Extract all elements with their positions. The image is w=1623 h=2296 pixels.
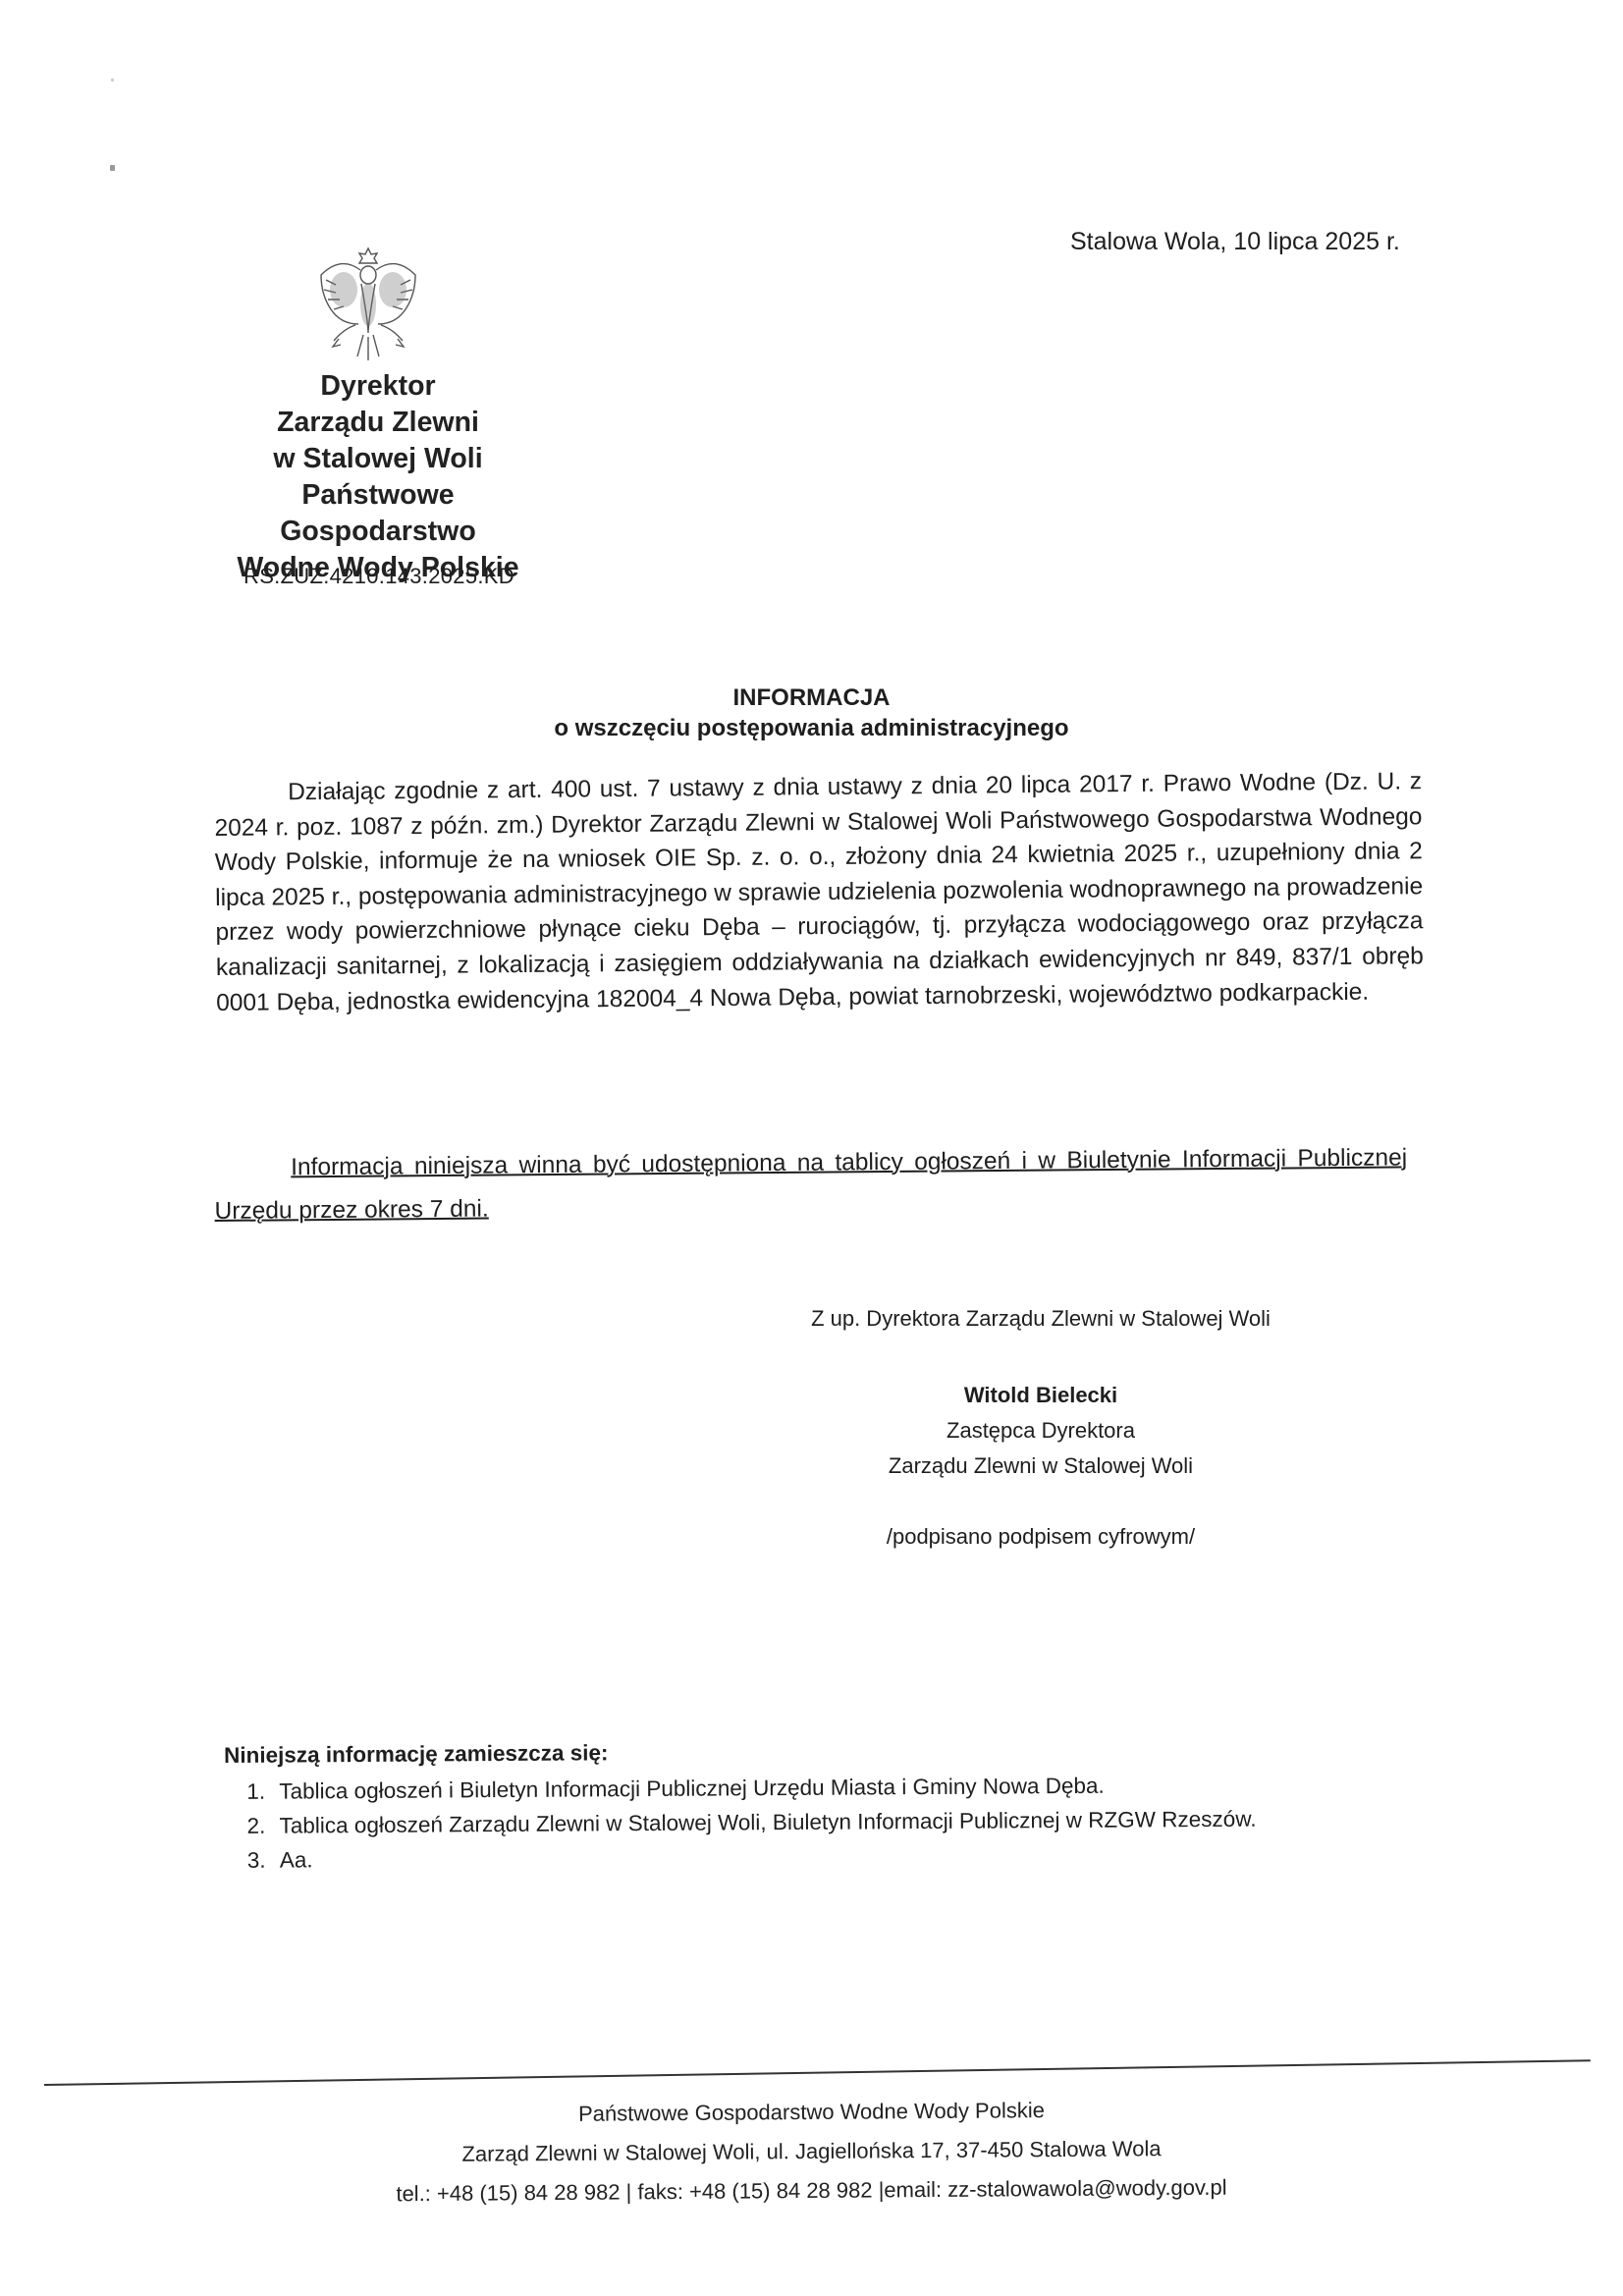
body-paragraph: Działając zgodnie z art. 400 ust. 7 usta… — [214, 764, 1424, 1020]
footer-address: Zarząd Zlewni w Stalowej Woli, ul. Jagie… — [0, 2133, 1623, 2171]
publication-notice: Informacja niniejsza winna być udostępni… — [214, 1136, 1408, 1233]
issuer-line: Dyrektor — [206, 368, 550, 405]
polish-eagle-emblem-icon — [314, 241, 422, 363]
signatory-position: Zastępca Dyrektora — [766, 1418, 1316, 1444]
signatory-name: Witold Bielecki — [766, 1383, 1316, 1408]
distribution-heading: Niniejszą informację zamieszcza się: — [224, 1736, 1256, 1769]
digital-signature-note: /podpisano podpisem cyfrowym/ — [766, 1524, 1316, 1550]
issuer-header: Dyrektor Zarządu Zlewni w Stalowej Woli … — [206, 368, 550, 586]
signatory-office: Zarządu Zlewni w Stalowej Woli — [766, 1453, 1316, 1479]
document-title: INFORMACJA — [0, 684, 1623, 712]
on-behalf-line: Z up. Dyrektora Zarządu Zlewni w Stalowe… — [766, 1306, 1316, 1332]
issuer-line: Zarządu Zlewni — [206, 405, 550, 441]
scan-speck — [111, 79, 114, 82]
issuer-line: Państwowe Gospodarstwo — [206, 477, 550, 550]
distribution-item: Aa. — [272, 1836, 1257, 1878]
footer-organization: Państwowe Gospodarstwo Wodne Wody Polski… — [0, 2094, 1623, 2132]
distribution-item: Tablica ogłoszeń Zarządu Zlewni w Stalow… — [271, 1802, 1256, 1843]
distribution-list: Niniejszą informację zamieszcza się: Tab… — [224, 1736, 1257, 1878]
issuer-line: w Stalowej Woli — [206, 441, 550, 477]
footer-contact: tel.: +48 (15) 84 28 982 | faks: +48 (15… — [0, 2172, 1623, 2211]
document-subtitle: o wszczęciu postępowania administracyjne… — [0, 715, 1623, 742]
reference-number: RS.ZUZ.4210.143.2025.KD — [243, 564, 514, 589]
scan-speck — [110, 165, 115, 171]
footer-divider — [44, 2059, 1591, 2086]
document-date: Stalowa Wola, 10 lipca 2025 r. — [1070, 228, 1400, 256]
